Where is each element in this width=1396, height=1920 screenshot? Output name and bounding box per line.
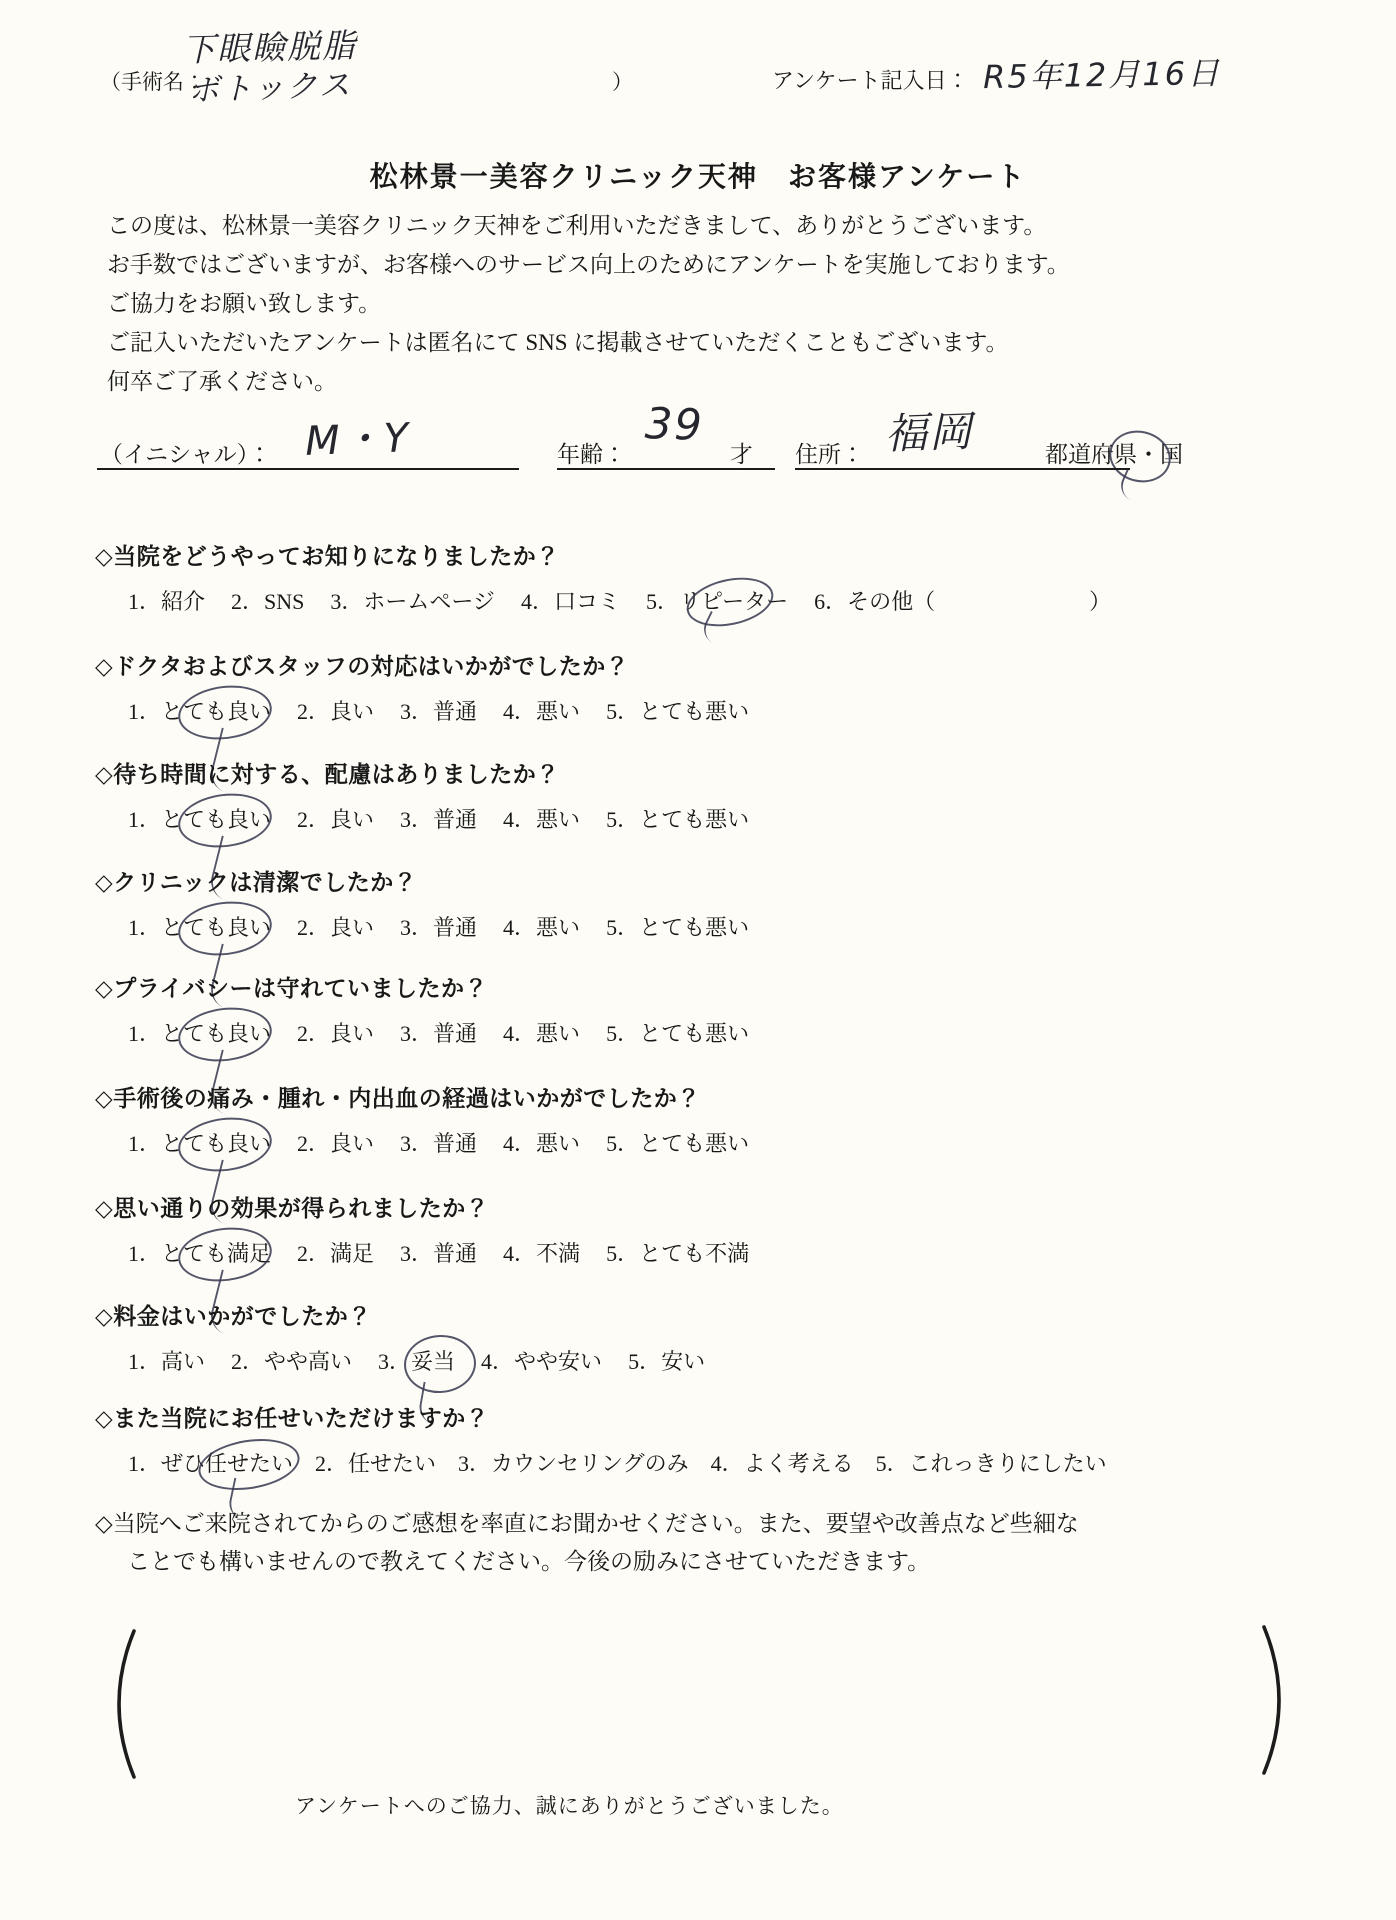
option: 2．良い [297, 803, 374, 834]
comment-box [135, 1630, 1260, 1780]
options-row: 1．紹介 2．SNS 3．ホームページ 4．口コミ 5．リピーター 6．その他（… [128, 585, 1111, 616]
question-doctor-staff: ◇ドクタおよびスタッフの対応はいかがでしたか？ 1．とても良い 2．良い 3．普… [95, 648, 749, 726]
option: 4．口コミ [521, 585, 620, 616]
option: 2．任せたい [315, 1447, 436, 1478]
surgery-name-handwritten-line2: ボトックス [187, 59, 352, 110]
intro-line: 何卒ご了承ください。 [107, 362, 1070, 401]
option: 2．良い [297, 1127, 374, 1158]
question-postop-course: ◇手術後の痛み・腫れ・内出血の経過はいかがでしたか？ 1．とても良い 2．良い … [95, 1080, 749, 1158]
option: 3．普通 [400, 695, 477, 726]
option: 1．高い [128, 1345, 205, 1376]
age-value-handwritten: 39 [644, 399, 704, 451]
intro-line: お手数ではございますが、お客様へのサービス向上のためにアンケートを実施しておりま… [107, 245, 1070, 284]
underline-initial [97, 468, 519, 470]
option: 3．普通 [400, 1017, 477, 1048]
option: 3．ホームページ [330, 585, 495, 616]
option-selected: 5．リピーター [646, 585, 788, 616]
age-unit: 才 [730, 436, 753, 469]
survey-sheet: （手術名： 下眼瞼脱脂 ボトックス ） アンケート記入日： R5年12月16日 … [0, 0, 1396, 1920]
pen-circle-tail [1116, 468, 1142, 500]
option: 5．とても不満 [606, 1237, 749, 1268]
option: 5．安い [628, 1345, 705, 1376]
address-value-handwritten: 福岡 [884, 398, 974, 461]
option: 2．良い [297, 911, 374, 942]
option: 1．紹介 [128, 585, 205, 616]
comment-bracket-left [100, 1628, 140, 1780]
intro-line: ご記入いただいたアンケートは匿名にて SNS に掲載させていただくこともございま… [107, 323, 1070, 362]
option: 5．とても悪い [606, 1127, 749, 1158]
survey-date-label: アンケート記入日： [772, 64, 969, 95]
option: 5．とても悪い [606, 695, 749, 726]
option: 2．良い [297, 1017, 374, 1048]
options-row: 1．とても良い 2．良い 3．普通 4．悪い 5．とても悪い [128, 695, 749, 726]
intro-paragraph: この度は、松林景一美容クリニック天神をご利用いただきまして、ありがとうございます… [107, 206, 1070, 401]
question-cleanliness: ◇クリニックは清潔でしたか？ 1．とても良い 2．良い 3．普通 4．悪い 5．… [95, 864, 749, 942]
surgery-name-close-paren: ） [612, 66, 633, 96]
question-title: ◇クリニックは清潔でしたか？ [95, 864, 749, 897]
question-privacy: ◇プライバシーは守れていましたか？ 1．とても良い 2．良い 3．普通 4．悪い… [95, 970, 749, 1048]
option: 4．悪い [503, 1017, 580, 1048]
option-selected: 1．とても良い [128, 911, 271, 942]
address-label: 住所： [795, 436, 864, 469]
option: 4．不満 [503, 1237, 580, 1268]
option-selected: 1．とても良い [128, 1017, 271, 1048]
option: 6．その他（ ） [814, 585, 1111, 616]
intro-line: この度は、松林景一美容クリニック天神をご利用いただきまして、ありがとうございます… [107, 206, 1070, 245]
pen-circle-tail [699, 611, 726, 643]
option: 4．悪い [503, 1127, 580, 1158]
question-price: ◇料金はいかがでしたか？ 1．高い 2．やや高い 3．妥当 4．やや安い 5．安… [95, 1298, 705, 1376]
option: 5．とても悪い [606, 803, 749, 834]
intro-line: ご協力をお願い致します。 [107, 284, 1070, 323]
initial-label: （イニシャル）： [100, 436, 271, 469]
question-title: ◇料金はいかがでしたか？ [95, 1298, 705, 1331]
option: 2．満足 [297, 1237, 374, 1268]
question-wait-time: ◇待ち時間に対する、配慮はありましたか？ 1．とても良い 2．良い 3．普通 4… [95, 756, 749, 834]
option-selected: 3．妥当 [378, 1345, 455, 1376]
underline-address [795, 468, 1130, 470]
option-selected: 1．とても満足 [128, 1237, 271, 1268]
initial-value-handwritten: M・Y [304, 406, 411, 467]
question-title: ◇待ち時間に対する、配慮はありましたか？ [95, 756, 749, 789]
address-suffix: 都道府県・国 [1045, 436, 1183, 469]
footer-thanks-text: アンケートへのご協力、誠にありがとうございました。 [295, 1790, 844, 1820]
options-row: 1．高い 2．やや高い 3．妥当 4．やや安い 5．安い [128, 1345, 705, 1376]
age-label: 年齢： [557, 436, 626, 469]
option: 2．良い [297, 695, 374, 726]
option: 2．やや高い [231, 1345, 352, 1376]
options-row: 1．ぜひ任せたい 2．任せたい 3．カウンセリングのみ 4．よく考える 5．これ… [128, 1447, 1107, 1478]
question-how-did-you-learn: ◇当院をどうやってお知りになりましたか？ 1．紹介 2．SNS 3．ホームページ… [95, 538, 1111, 616]
comment-bracket-right [1258, 1624, 1298, 1776]
options-row: 1．とても満足 2．満足 3．普通 4．不満 5．とても不満 [128, 1237, 749, 1268]
option: 4．やや安い [481, 1345, 602, 1376]
page-title: 松林景一美容クリニック天神 お客様アンケート [0, 155, 1396, 195]
question-title: ◇思い通りの効果が得られましたか？ [95, 1190, 749, 1223]
option: 3．カウンセリングのみ [458, 1447, 689, 1478]
option: 4．悪い [503, 803, 580, 834]
option: 3．普通 [400, 1127, 477, 1158]
option: 4．悪い [503, 695, 580, 726]
option: 4．悪い [503, 911, 580, 942]
option: 2．SNS [231, 585, 304, 616]
options-row: 1．とても良い 2．良い 3．普通 4．悪い 5．とても悪い [128, 911, 749, 942]
question-desired-effect: ◇思い通りの効果が得られましたか？ 1．とても満足 2．満足 3．普通 4．不満… [95, 1190, 749, 1268]
option-selected: 1．ぜひ任せたい [128, 1447, 293, 1478]
option: 3．普通 [400, 1237, 477, 1268]
option: 5．とても悪い [606, 911, 749, 942]
option: 3．普通 [400, 803, 477, 834]
question-title: ◇当院をどうやってお知りになりましたか？ [95, 538, 1111, 571]
question-entrust-again: ◇また当院にお任せいただけますか？ 1．ぜひ任せたい 2．任せたい 3．カウンセ… [95, 1400, 1107, 1478]
question-title: ◇手術後の痛み・腫れ・内出血の経過はいかがでしたか？ [95, 1080, 749, 1113]
underline-age [557, 468, 775, 470]
comment-prompt-line2: ことでも構いませんので教えてください。今後の励みにさせていただきます。 [127, 1543, 930, 1576]
question-title: ◇また当院にお任せいただけますか？ [95, 1400, 1107, 1433]
option: 5．とても悪い [606, 1017, 749, 1048]
comment-prompt-line1: ◇当院へご来院されてからのご感想を率直にお聞かせください。また、要望や改善点など… [95, 1505, 1079, 1538]
survey-date-handwritten: R5年12月16日 [983, 48, 1222, 98]
question-title: ◇ドクタおよびスタッフの対応はいかがでしたか？ [95, 648, 749, 681]
option-selected: 1．とても良い [128, 803, 271, 834]
option-selected: 1．とても良い [128, 1127, 271, 1158]
option-selected: 1．とても良い [128, 695, 271, 726]
question-title: ◇プライバシーは守れていましたか？ [95, 970, 749, 1003]
option: 4．よく考える [711, 1447, 854, 1478]
option: 3．普通 [400, 911, 477, 942]
options-row: 1．とても良い 2．良い 3．普通 4．悪い 5．とても悪い [128, 1017, 749, 1048]
options-row: 1．とても良い 2．良い 3．普通 4．悪い 5．とても悪い [128, 803, 749, 834]
option: 5．これっきりにしたい [876, 1447, 1107, 1478]
options-row: 1．とても良い 2．良い 3．普通 4．悪い 5．とても悪い [128, 1127, 749, 1158]
